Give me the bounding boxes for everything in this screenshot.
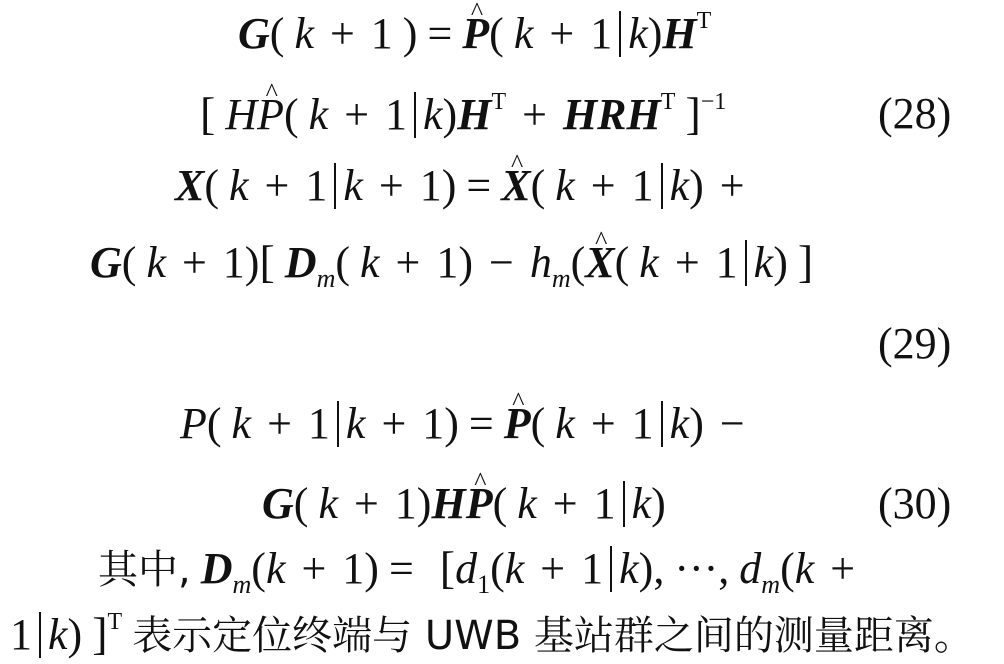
symbol-d: d: [739, 544, 761, 593]
symbol-h: h: [530, 238, 552, 287]
symbol-P-hat: P: [257, 89, 284, 141]
conditional-bar: [334, 163, 336, 209]
symbol-P-hat: P: [466, 478, 493, 530]
symbol-R: R: [597, 90, 626, 139]
equation-28-line-2: [HP(k+1k)HT+HRHT]−1: [200, 88, 726, 141]
paragraph-line-2: 1k)]T表示定位终端与 UWB 基站群之间的测量距离。: [10, 608, 974, 662]
symbol-G: G: [238, 9, 270, 58]
symbol-X-hat: X: [585, 237, 614, 289]
equation-29-line-1: X(k+1k+1)=X(k+1k)+: [175, 160, 745, 212]
equation-30-line-2: G(k+1)HP(k+1k): [262, 478, 666, 530]
conditional-bar: [661, 401, 663, 447]
symbol-d: d: [455, 544, 477, 593]
equation-30-line-1: P(k+1k+1)=P(k+1k)−: [180, 398, 745, 450]
equation-number-30: (30): [878, 478, 951, 530]
symbol-P-hat: P: [504, 398, 531, 450]
conditional-bar: [610, 546, 612, 592]
conditional-bar: [623, 481, 625, 527]
symbol-P: P: [180, 399, 207, 448]
ellipsis: ···: [674, 544, 718, 593]
symbol-D: D: [285, 238, 317, 287]
symbol-X: X: [175, 161, 204, 210]
equation-number-29: (29): [878, 318, 951, 370]
equation-number-28: (28): [878, 88, 951, 140]
symbol-D: D: [201, 544, 233, 593]
paragraph-lead: 其中,: [98, 547, 191, 593]
conditional-bar: [39, 612, 41, 658]
conditional-bar: [661, 163, 663, 209]
symbol-H: H: [225, 90, 257, 139]
conditional-bar: [619, 11, 621, 57]
symbol-P-hat: P: [462, 8, 489, 60]
symbol-X-hat: X: [501, 160, 530, 212]
paragraph-line-1: 其中,Dm(k+1)=[d1(k+1k),···,dm(k+: [98, 542, 855, 596]
conditional-bar: [745, 240, 747, 286]
conditional-bar: [337, 401, 339, 447]
equation-28-line-1: G(k+1)=P(k+1k)HT: [238, 8, 711, 60]
conditional-bar: [414, 92, 416, 138]
equation-29-line-2: G(k+1)[Dm(k+1)−hm(X(k+1k)]: [90, 236, 813, 289]
paragraph-description: 表示定位终端与 UWB 基站群之间的测量距离。: [132, 613, 974, 659]
symbol-H: H: [662, 9, 696, 58]
